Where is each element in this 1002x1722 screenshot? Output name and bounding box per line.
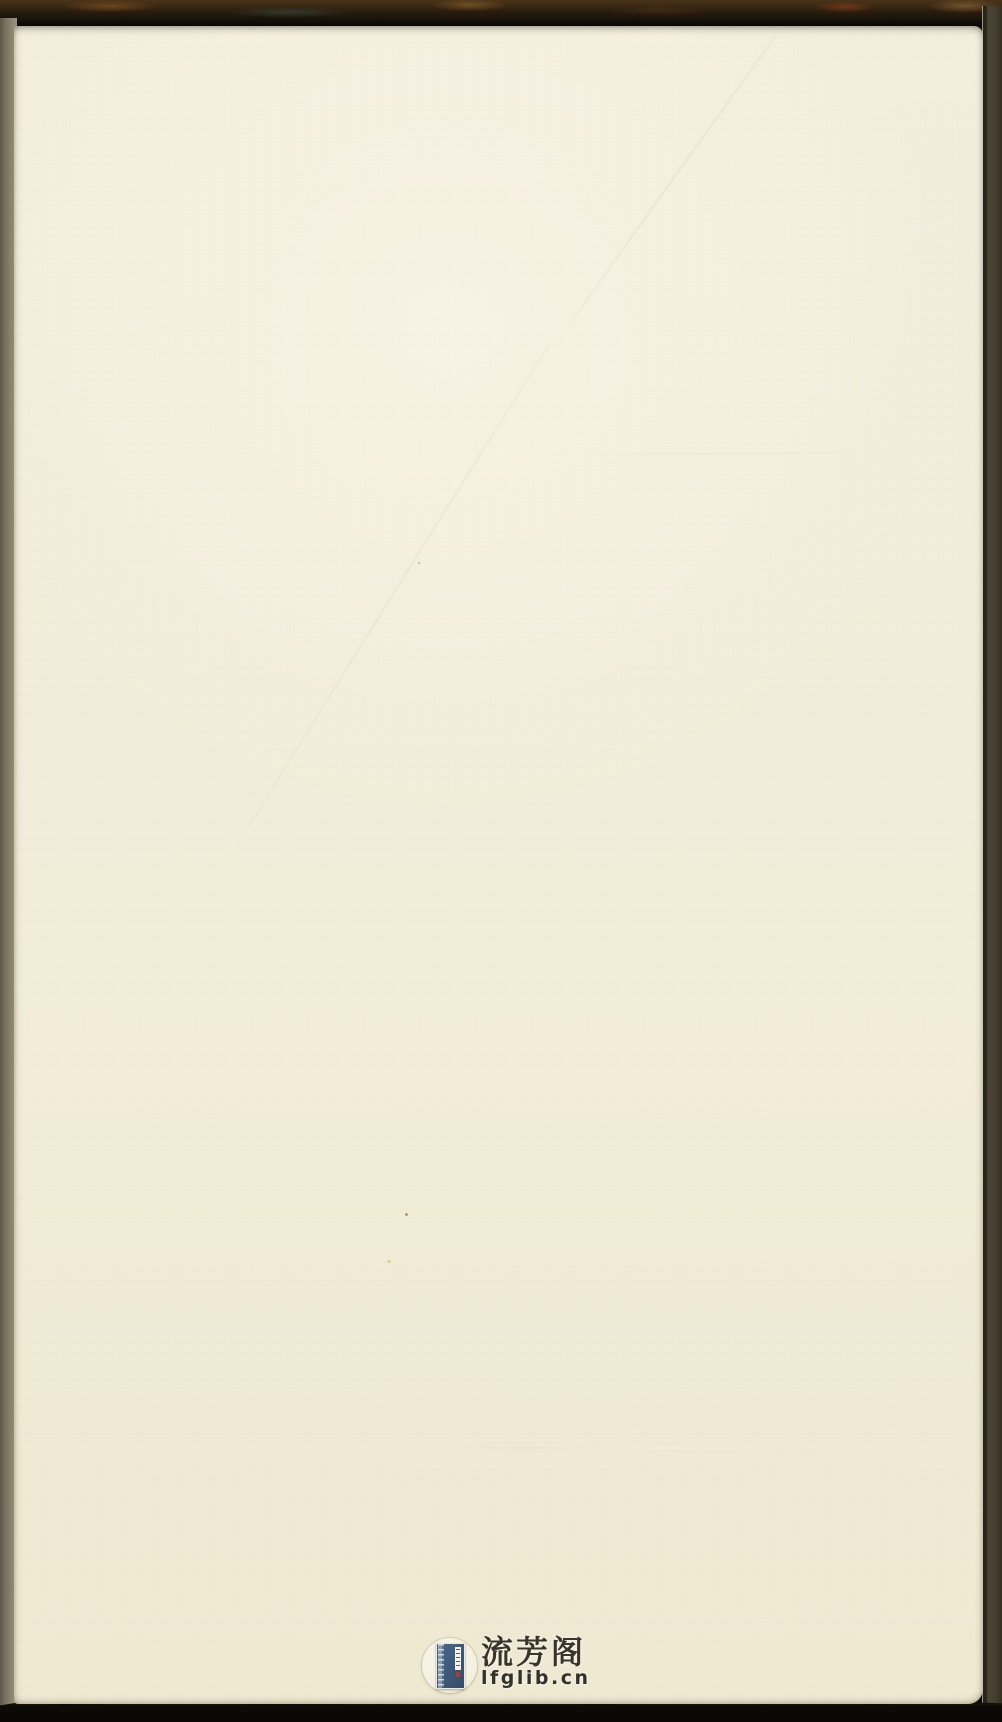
book-binding-top-edge (0, 0, 1002, 27)
blank-page-surface (14, 26, 983, 1704)
board-edge-right (982, 6, 1002, 1710)
paper-speck (418, 562, 420, 564)
paper-texture (14, 26, 983, 1704)
paper-crease-horizontal-bottom (394, 1447, 834, 1449)
scanned-book-page: 流芳阁 lfglib.cn (0, 0, 1002, 1722)
paper-speck (405, 1213, 408, 1216)
paper-speck (387, 1260, 391, 1263)
